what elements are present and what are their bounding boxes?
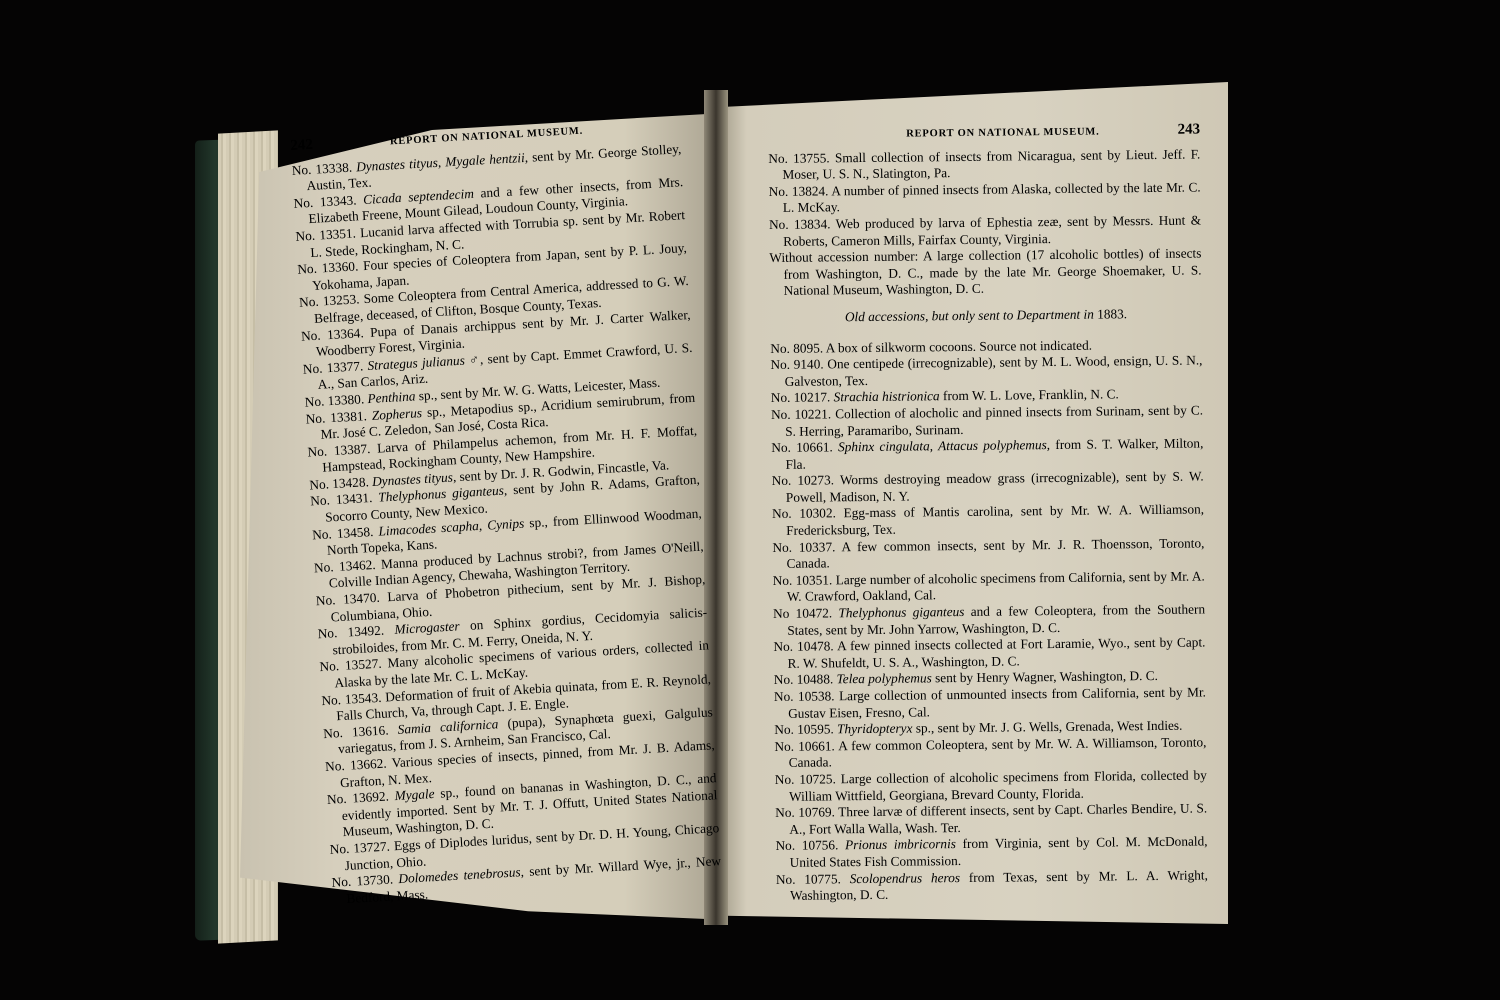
entry-description: Web produced by larva of Ephestia zeæ, s… xyxy=(783,212,1201,248)
accession-entry: No. 10337. A few common insects, sent by… xyxy=(772,535,1204,573)
section-year: 1883. xyxy=(1097,306,1127,321)
accession-number: No. 13462. xyxy=(314,556,382,575)
accession-number: No. 10488. xyxy=(774,672,837,688)
running-head-right: REPORT ON NATIONAL MUSEUM. 243 xyxy=(768,121,1200,144)
accession-number: No. 13253. xyxy=(299,291,364,310)
accession-number: Without accession number: xyxy=(769,249,923,266)
accession-number: No. 10273. xyxy=(772,473,840,489)
accession-number: No. 13351. xyxy=(295,225,360,244)
entry-description: A number of pinned insects from Alaska, … xyxy=(783,179,1201,215)
accession-entry: No. 10661. Sphinx cingulata, Attacus pol… xyxy=(771,436,1203,474)
accession-number: No. 10351. xyxy=(773,572,836,588)
accession-entry: No. 13824. A number of pinned insects fr… xyxy=(769,179,1201,217)
section-heading-text: Old accessions, but only sent to Departm… xyxy=(845,307,1094,325)
entry-description: A few common insects, sent by Mr. J. R. … xyxy=(787,535,1205,571)
accession-number: No. 10221. xyxy=(771,406,835,422)
page-number: 242 xyxy=(290,137,313,155)
accession-number: No. 13360. xyxy=(297,258,364,277)
accession-number: No. 13543. xyxy=(321,689,386,708)
accession-number: No. 13364. xyxy=(301,324,371,343)
left-page-text: 242 REPORT ON NATIONAL MUSEUM. No. 13338… xyxy=(290,116,722,908)
accession-entry: No. 10769. Three larvæ of different inse… xyxy=(775,801,1207,839)
accession-number: No. 13470. xyxy=(315,589,387,608)
accession-entry: No. 10478. A few pinned insects collecte… xyxy=(773,635,1205,673)
accession-entry: No. 10775. Scolopendrus heros from Texas… xyxy=(776,867,1208,905)
entry-description: Large number of alcoholic specimens from… xyxy=(787,568,1205,604)
accession-entry: Without accession number: A large collec… xyxy=(769,246,1201,300)
accession-number: No. 13431. xyxy=(310,490,379,509)
accession-number: No. 13727. xyxy=(329,838,394,857)
accession-entry: No. 10221. Collection of alocholic and p… xyxy=(771,402,1203,440)
entry-description: Small collection of insects from Nicarag… xyxy=(782,146,1200,182)
photo-scene: 242 REPORT ON NATIONAL MUSEUM. No. 13338… xyxy=(0,0,1500,1000)
accession-entry: No. 10351. Large number of alcoholic spe… xyxy=(773,568,1205,606)
species-name: Microgaster xyxy=(394,619,460,638)
species-name: Prionus imbricornis xyxy=(845,836,956,852)
species-name: Scolopendrus heros xyxy=(850,870,960,886)
accession-number: No. 10769. xyxy=(775,804,838,820)
accession-entry: No. 10538. Large collection of unmounted… xyxy=(774,684,1206,722)
accession-number: No. 13755. xyxy=(768,150,835,166)
entry-description: sent by Henry Wagner, Washington, D. C. xyxy=(932,668,1158,685)
accession-entry: No. 10756. Prionus imbricornis from Virg… xyxy=(775,834,1207,872)
accession-number: No. 10538. xyxy=(774,688,839,704)
accession-number: No. 13662. xyxy=(325,755,392,774)
accession-number: No. 8095. xyxy=(770,340,826,356)
accession-number: No. 13338. xyxy=(291,159,356,178)
entry-description: sp., sent by Mr. J. G. Wells, Grenada, W… xyxy=(912,718,1182,736)
accession-entry: No. 13834. Web produced by larva of Ephe… xyxy=(769,212,1201,250)
entry-description: A few common Coleoptera, sent by Mr. W. … xyxy=(789,734,1207,770)
section-heading: Old accessions, but only sent to Departm… xyxy=(770,305,1202,326)
entry-list: No. 13755. Small collection of insects f… xyxy=(768,146,1202,300)
species-name: Penthina xyxy=(367,388,416,406)
accession-entry: No. 13755. Small collection of insects f… xyxy=(768,146,1200,184)
accession-entry: No 10472. Thelyphonus giganteus and a fe… xyxy=(773,601,1205,639)
species-name: Zopherus xyxy=(371,405,422,423)
accession-number: No. 13377. xyxy=(302,358,367,377)
accession-number: No. 10725. xyxy=(775,771,841,787)
entry-description: from W. L. Love, Franklin, N. C. xyxy=(940,387,1119,404)
accession-entry: No. 10273. Worms destroying meadow grass… xyxy=(772,469,1204,507)
running-title: REPORT ON NATIONAL MUSEUM. xyxy=(906,125,1099,144)
entry-description: Collection of alocholic and pinned insec… xyxy=(785,402,1203,438)
species-name: Thelyphonus giganteus xyxy=(838,604,964,620)
entry-description: Egg-mass of Mantis carolina, sent by Mr.… xyxy=(786,502,1204,538)
species-name: Thyridopteryx xyxy=(837,721,912,737)
accession-number: No. 10756. xyxy=(775,838,845,854)
accession-number: No. 10775. xyxy=(776,871,850,887)
accession-number: No. 13824. xyxy=(769,183,832,199)
entry-list: No. 13338. Dynastes tityus, Mygale hentz… xyxy=(291,141,722,908)
entry-description: A few pinned insects collected at Fort L… xyxy=(788,635,1206,671)
accession-entry: No. 9140. One centipede (irrecognizable)… xyxy=(770,353,1202,391)
accession-number: No. 13527. xyxy=(319,656,388,675)
accession-number: No. 13730. xyxy=(331,871,399,890)
accession-number: No. 13343. xyxy=(293,192,363,211)
accession-number: No. 10595. xyxy=(774,721,837,737)
accession-entry: No. 10725. Large collection of alcoholic… xyxy=(775,767,1207,805)
accession-number: No. 13381. xyxy=(305,407,372,426)
accession-number: No. 10302. xyxy=(772,506,844,522)
species-name: Mygale xyxy=(394,786,435,803)
accession-number: No. 9140. xyxy=(770,357,827,373)
entry-description: Large collection of alcoholic specimens … xyxy=(789,767,1207,803)
species-name: Strachia histrionica xyxy=(834,389,940,405)
accession-number: No. 13387. xyxy=(307,440,377,459)
species-name: Dynastes tityus, Mygale hentzii, xyxy=(356,149,529,174)
entry-description: Worms destroying meadow grass (irrecogni… xyxy=(786,469,1204,505)
accession-number: No. 13428. xyxy=(309,474,373,492)
accession-number: No. 13380. xyxy=(304,391,368,409)
accession-entry: No. 10661. A few common Coleoptera, sent… xyxy=(774,734,1206,772)
accession-number: No. 10478. xyxy=(773,639,837,655)
species-name: Sphinx cingulata, Attacus polyphemus, xyxy=(838,437,1050,454)
entry-description: A box of silkworm cocoons. Source not in… xyxy=(826,337,1092,355)
accession-number: No. 13458. xyxy=(312,523,379,542)
accession-entry: No. 10302. Egg-mass of Mantis carolina, … xyxy=(772,502,1204,540)
right-page-text: REPORT ON NATIONAL MUSEUM. 243 No. 13755… xyxy=(768,121,1208,904)
entry-description: Large collection of unmounted insects fr… xyxy=(788,684,1206,720)
accession-number: No. 10337. xyxy=(772,539,841,555)
entry-description: Three larvæ of different insects, sent b… xyxy=(789,801,1207,837)
entry-list: No. 8095. A box of silkworm cocoons. Sou… xyxy=(770,336,1208,905)
accession-number: No. 13834. xyxy=(769,216,836,232)
accession-number: No 10472. xyxy=(773,605,839,621)
accession-number: No. 10217. xyxy=(771,390,834,406)
accession-number: No. 10661. xyxy=(771,439,838,455)
page-number: 243 xyxy=(1177,121,1200,138)
species-name: Telea polyphemus xyxy=(837,671,932,687)
entry-description: One centipede (irrecognizable), sent by … xyxy=(785,353,1203,389)
accession-number: No. 13692. xyxy=(327,788,396,807)
accession-number: No. 10661. xyxy=(774,738,838,754)
